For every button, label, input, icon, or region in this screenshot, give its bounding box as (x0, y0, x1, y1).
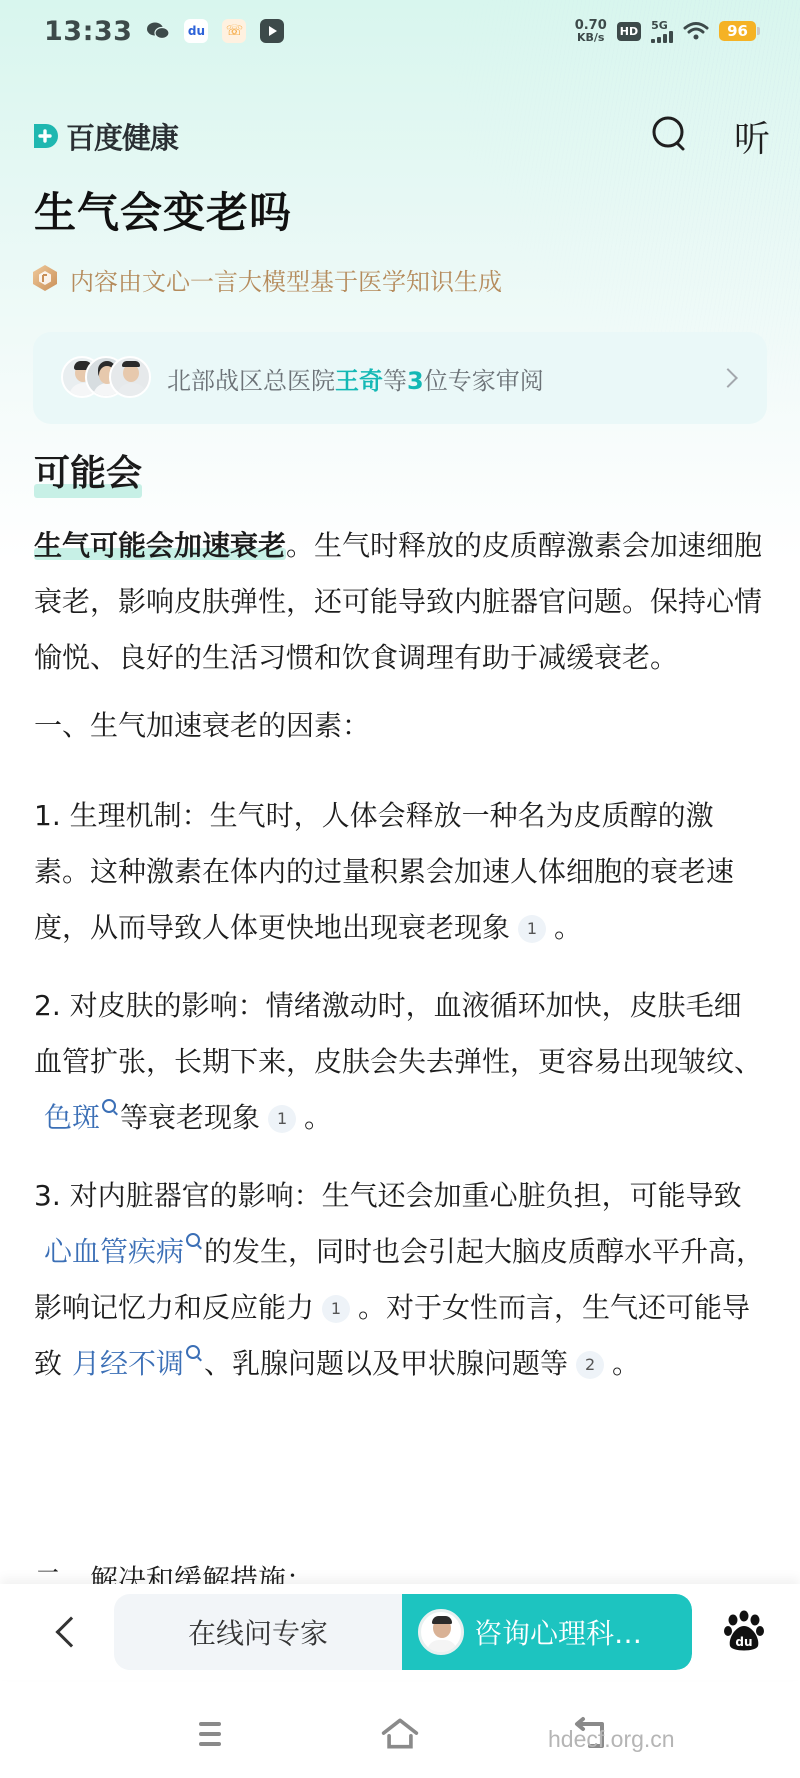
citation-badge[interactable]: 2 (576, 1351, 604, 1379)
ai-generated-note: 内容由文心一言大模型基于医学知识生成 (32, 262, 502, 297)
home-icon (380, 1716, 420, 1752)
expert-avatars (61, 356, 153, 400)
summary-lead: 生气可能会加速衰老 (34, 529, 286, 562)
search-icon (186, 1345, 200, 1359)
item-text: 1. 生理机制：生气时，人体会释放一种名为皮质醇的激素。这种激素在体内的过量积累… (34, 799, 734, 944)
term-label: 心血管疾病 (44, 1235, 184, 1268)
wechat-icon (146, 19, 170, 43)
item-text: 2. 对皮肤的影响：情绪激动时，血液循环加快，皮肤毛细血管扩张，长期下来，皮肤会… (34, 989, 762, 1078)
listen-button[interactable]: 听 (734, 111, 770, 162)
item-tail: 。 (612, 1347, 640, 1380)
network-speed-unit: KB/s (577, 32, 604, 43)
app-header: 百度健康 听 (32, 108, 770, 164)
expert-review-text: 北部战区总医院王奇等3位专家审阅 (167, 361, 721, 396)
svg-text:du: du (735, 1635, 752, 1649)
baidu-health-logo-icon (32, 121, 62, 151)
citation-badge[interactable]: 1 (268, 1105, 296, 1133)
review-expert-count: 3 (407, 367, 424, 395)
term-label: 月经不调 (72, 1347, 184, 1380)
list-item: 1. 生理机制：生气时，人体会释放一种名为皮质醇的激素。这种激素在体内的过量积累… (34, 788, 766, 956)
doctor-avatar (418, 1609, 464, 1655)
search-icon (102, 1099, 116, 1113)
baidu-paw-icon[interactable]: du (722, 1610, 766, 1654)
item-tail: 。 (554, 911, 582, 944)
cta-group: 在线问专家 咨询心理科… (114, 1594, 692, 1670)
status-left: 13:33 du ☏ (44, 16, 284, 47)
bottom-action-bar: 在线问专家 咨询心理科… du (0, 1584, 800, 1680)
watermark: hdecf.org.cn (548, 1726, 675, 1753)
consult-psychology-button[interactable]: 咨询心理科… (402, 1594, 692, 1670)
ai-note-text: 内容由文心一言大模型基于医学知识生成 (70, 262, 502, 297)
menu-icon (199, 1722, 221, 1746)
cellular-signal-icon: 5G (651, 20, 673, 43)
item-tail: 。 (304, 1101, 332, 1134)
chevron-right-icon (718, 368, 738, 388)
hd-voice-badge: HD (617, 22, 641, 41)
home-button[interactable] (380, 1714, 420, 1754)
clock: 13:33 (44, 16, 132, 47)
expert-review-card[interactable]: 北部战区总医院王奇等3位专家审阅 (33, 332, 767, 424)
item-text: 3. 对内脏器官的影响：生气还会加重心脏负担，可能导致 (34, 1179, 742, 1212)
menu-button[interactable] (190, 1714, 230, 1754)
status-right: 0.70 KB/s HD 5G 96 (575, 19, 756, 43)
network-type-label: 5G (651, 20, 668, 31)
article-content: 可能会 生气可能会加速衰老。生气时释放的皮质醇激素会加速细胞衰老，影响皮肤弹性，… (34, 448, 766, 1392)
review-hospital: 北部战区总医院 (167, 367, 335, 395)
video-player-icon (260, 19, 284, 43)
status-bar: 13:33 du ☏ 0.70 KB/s HD 5G 96 (0, 0, 800, 62)
review-suffix: 位专家审阅 (424, 367, 544, 395)
search-icon[interactable] (650, 114, 690, 158)
list-item: 2. 对皮肤的影响：情绪激动时，血液循环加快，皮肤毛细血管扩张，长期下来，皮肤会… (34, 978, 766, 1146)
term-link-cardiovascular[interactable]: 心血管疾病 (44, 1235, 200, 1268)
ask-expert-button[interactable]: 在线问专家 (114, 1594, 402, 1670)
chevron-left-icon (55, 1616, 86, 1647)
back-button[interactable] (36, 1602, 96, 1662)
answer-heading: 可能会 (34, 448, 142, 500)
consult-label: 咨询心理科… (474, 1612, 642, 1652)
system-nav-bar (0, 1690, 800, 1778)
brand-name: 百度健康 (66, 116, 178, 157)
battery-indicator: 96 (719, 21, 756, 41)
term-link-pigmentation[interactable]: 色斑 (44, 1101, 116, 1134)
page-title: 生气会变老吗 (34, 180, 292, 240)
summary-paragraph: 生气可能会加速衰老。生气时释放的皮质醇激素会加速细胞衰老，影响皮肤弹性，还可能导… (34, 518, 766, 686)
term-label: 色斑 (44, 1101, 100, 1134)
term-link-menstrual[interactable]: 月经不调 (72, 1347, 200, 1380)
network-speed: 0.70 KB/s (575, 19, 607, 43)
search-icon (186, 1233, 200, 1247)
section-heading-remedies: 二、解决和缓解措施： (34, 1560, 314, 1586)
review-doctor-name: 王奇 (335, 367, 383, 395)
list-item: 3. 对内脏器官的影响：生气还会加重心脏负担，可能导致心血管疾病的发生，同时也会… (34, 1168, 766, 1392)
review-middle: 等 (383, 367, 407, 395)
ai-model-icon (32, 264, 58, 296)
citation-badge[interactable]: 1 (322, 1295, 350, 1323)
phone-app-icon: ☏ (222, 19, 246, 43)
item-text: 等衰老现象 (120, 1101, 260, 1134)
wifi-icon (683, 21, 709, 41)
avatar (109, 356, 151, 398)
baidu-app-icon: du (184, 19, 208, 43)
brand-logo[interactable]: 百度健康 (32, 116, 178, 157)
citation-badge[interactable]: 1 (518, 915, 546, 943)
item-text: 、乳腺问题以及甲状腺问题等 (204, 1347, 568, 1380)
header-actions: 听 (650, 111, 770, 162)
section-heading-factors: 一、生气加速衰老的因素： (34, 698, 766, 754)
